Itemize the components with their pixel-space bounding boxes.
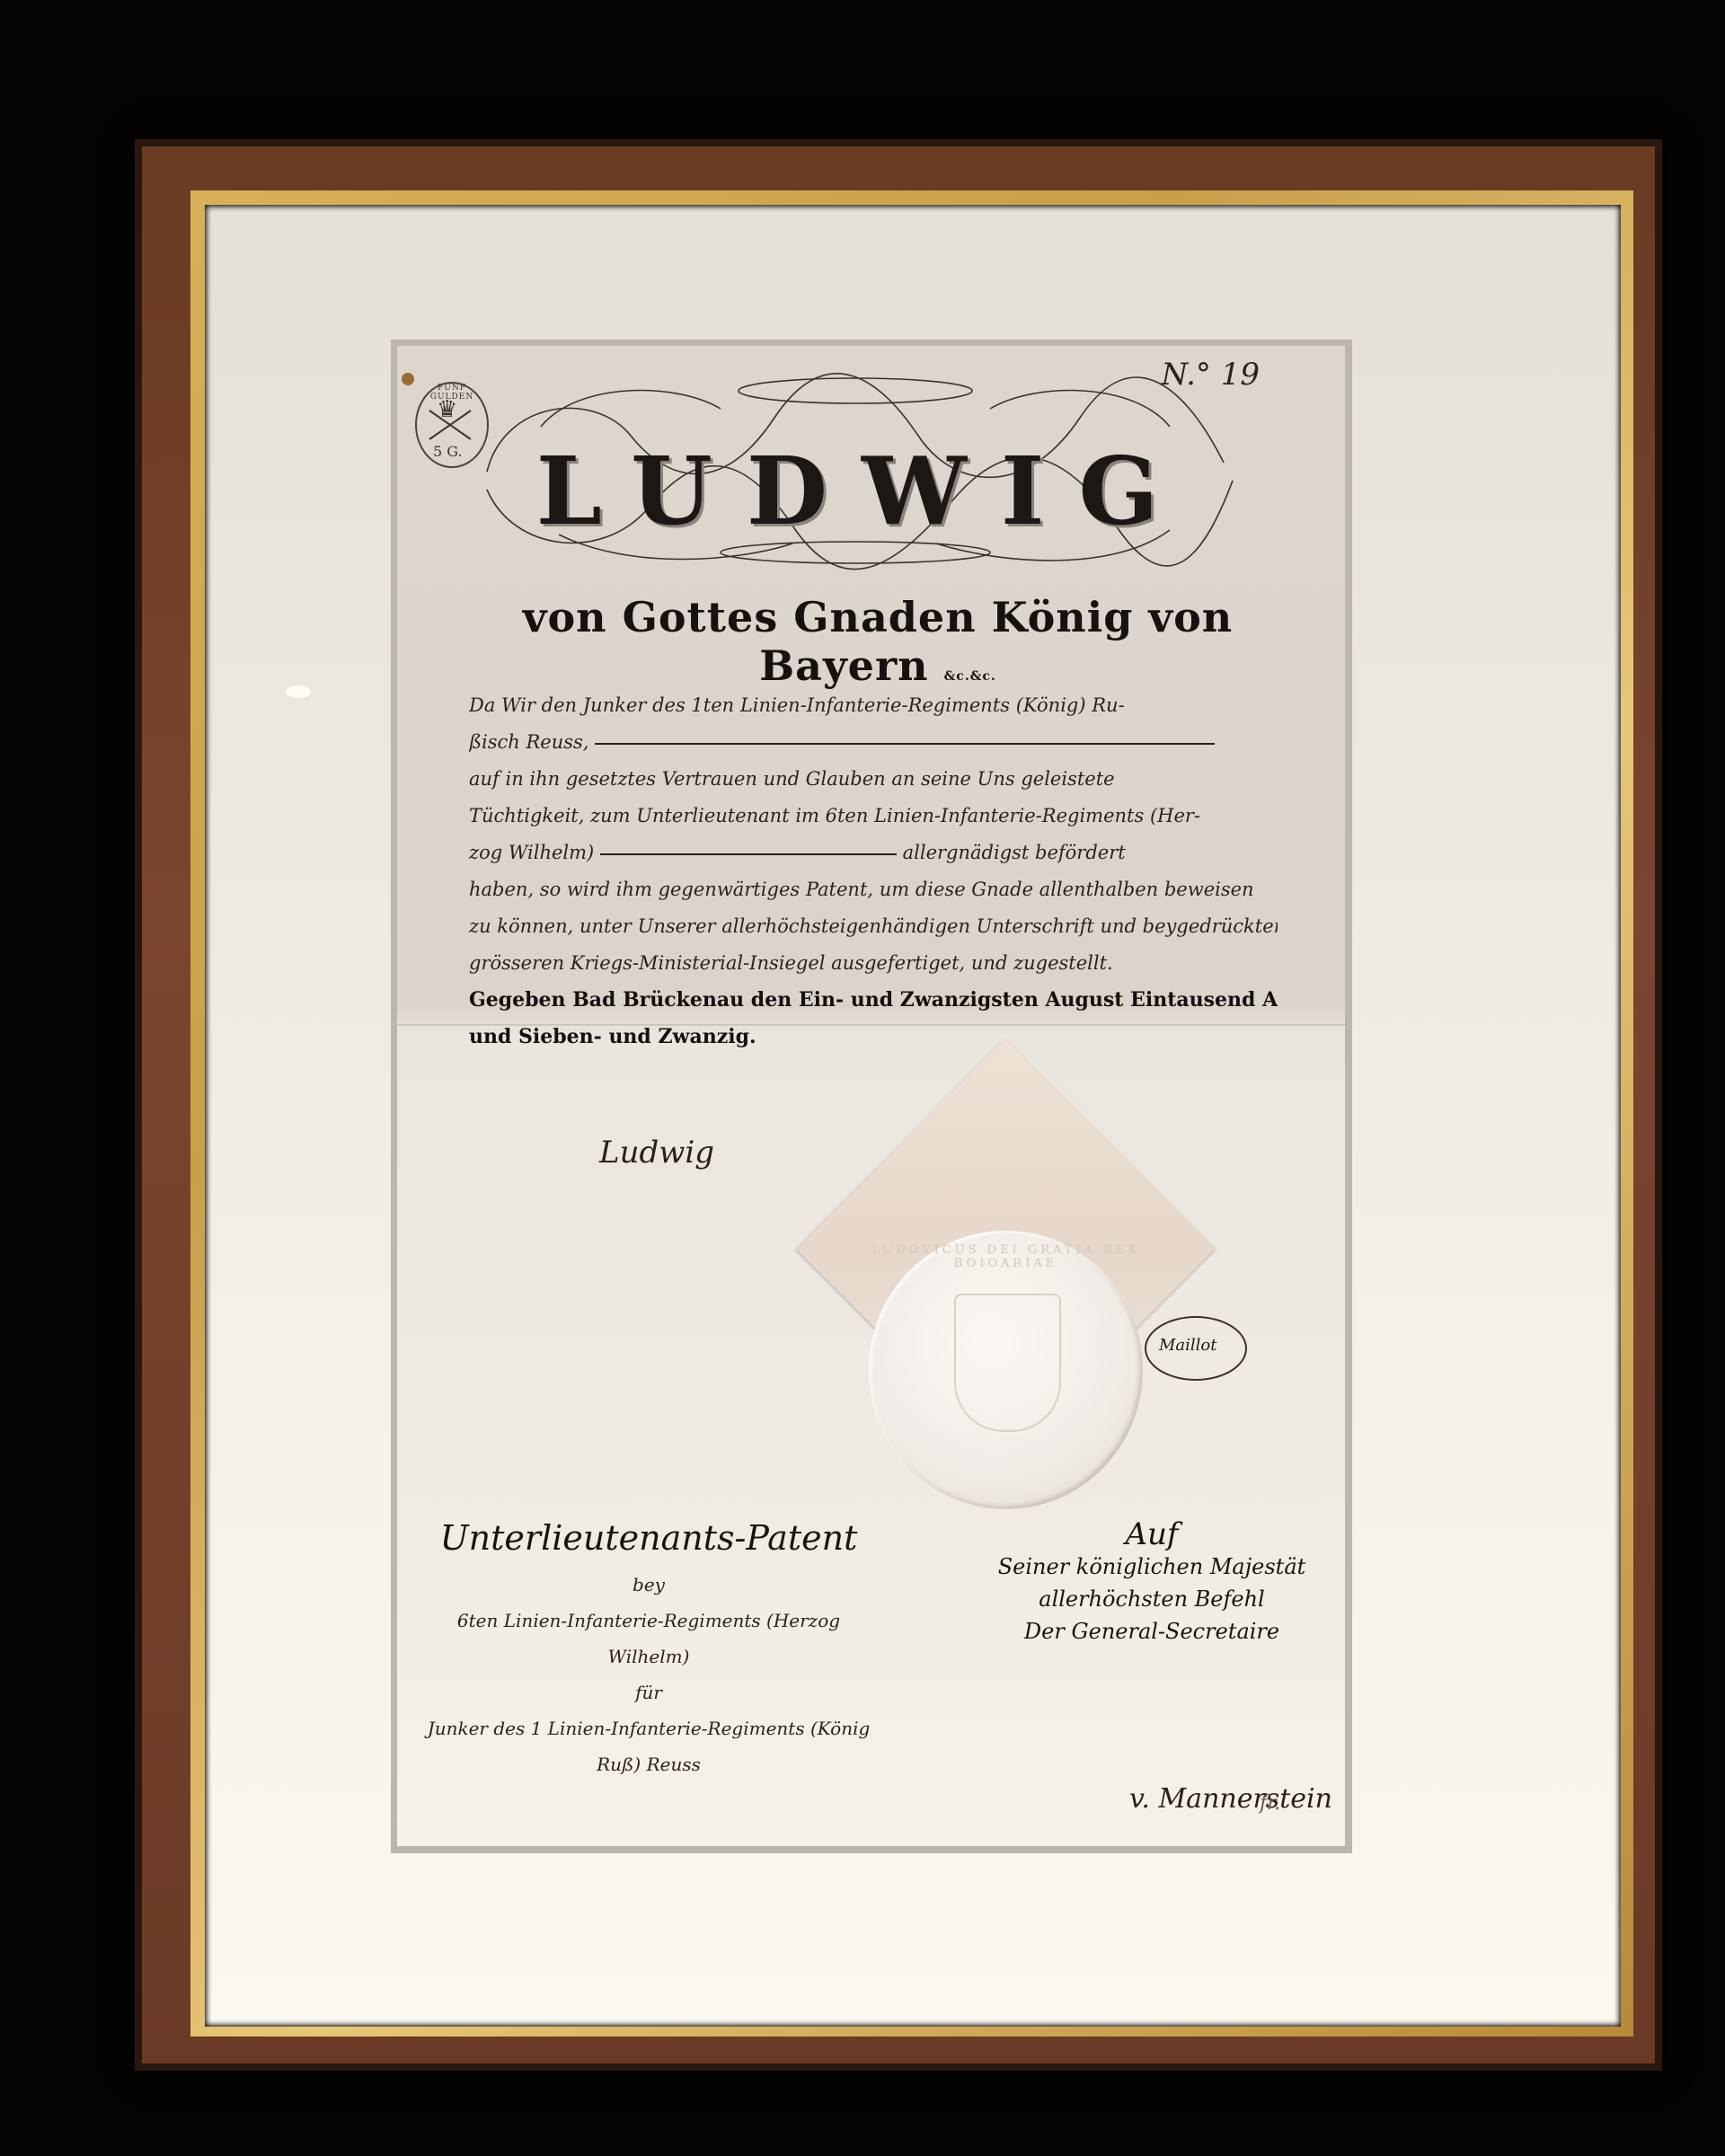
patent-line: 6ten Linien-Infanterie-Regiments (Herzog — [397, 1603, 900, 1639]
royal-command-block: Auf Seiner königlichen Majestät allerhöc… — [981, 1518, 1322, 1648]
command-line: Auf — [981, 1518, 1322, 1551]
paper-fold — [397, 1024, 1345, 1028]
king-name-title: LUDWIG — [482, 436, 1246, 546]
body-line: haben, so wird ihm gegenwärtiges Patent,… — [469, 871, 1278, 908]
body-line-text: zog Wilhelm) — [469, 842, 594, 863]
king-signature: Ludwig — [599, 1135, 714, 1171]
body-line: auf in ihn gesetztes Vertrauen und Glaub… — [469, 761, 1278, 798]
royal-style-heading: von Gottes Gnaden König von Bayern &c.&c… — [438, 593, 1318, 690]
royal-style-suffix: &c.&c. — [944, 669, 996, 684]
body-line-text: allergnädigst befördert — [903, 842, 1126, 863]
patent-body: Da Wir den Junker des 1ten Linien-Infant… — [469, 687, 1278, 1056]
patent-title: Unterlieutenants-Patent — [397, 1518, 900, 1558]
blank-fill-line — [600, 853, 897, 855]
countersignature-oval: Maillot — [1145, 1316, 1247, 1381]
patent-line: Wilhelm) — [397, 1639, 900, 1674]
embossed-royal-seal: LUDOVICUS DEI GRATIA REX BOIOARIAE — [869, 1231, 1143, 1509]
secretary-signature: v. Mannerstein — [1129, 1783, 1332, 1815]
patent-line: Junker des 1 Linien-Infanterie-Regiments… — [397, 1710, 900, 1746]
command-line: Der General-Secretaire — [981, 1615, 1322, 1648]
body-line: Da Wir den Junker des 1ten Linien-Infant… — [469, 687, 1278, 724]
officer-patent-document: FÜNF GULDEN ♛ 5 G. N.° 19 LUDWIG von Got… — [397, 346, 1345, 1846]
body-line: Tüchtigkeit, zum Unterlieutenant im 6ten… — [469, 798, 1278, 835]
body-line-text: ßisch Reuss, — [469, 731, 588, 753]
seal-legend: LUDOVICUS DEI GRATIA REX BOIOARIAE — [869, 1243, 1143, 1270]
patent-line: für — [397, 1674, 900, 1710]
royal-style-text: von Gottes Gnaden König von Bayern — [523, 593, 1234, 690]
command-line: allerhöchsten Befehl — [981, 1583, 1322, 1615]
command-line: Seiner königlichen Majestät — [981, 1551, 1322, 1583]
body-line: zog Wilhelm) allergnädigst befördert — [469, 835, 1278, 871]
glare-reflection — [286, 685, 311, 698]
coat-of-arms-icon — [954, 1294, 1061, 1432]
body-line: ßisch Reuss, — [469, 724, 1278, 761]
foxing-spot — [402, 373, 414, 385]
given-at-line: Gegeben Bad Brückenau den Ein- und Zwanz… — [469, 982, 1278, 1019]
patent-endorsement: Unterlieutenants-Patent bey 6ten Linien-… — [397, 1518, 900, 1782]
patent-line: Ruß) Reuss — [397, 1746, 900, 1782]
body-line: zu können, unter Unserer allerhöchsteige… — [469, 908, 1278, 945]
clerk-mark: fr. — [1260, 1792, 1280, 1815]
patent-line: bey — [397, 1567, 900, 1603]
body-line: grösseren Kriegs-Ministerial-Insiegel au… — [469, 945, 1278, 982]
blank-fill-line — [595, 743, 1215, 745]
countersignature: Maillot — [1159, 1336, 1217, 1355]
